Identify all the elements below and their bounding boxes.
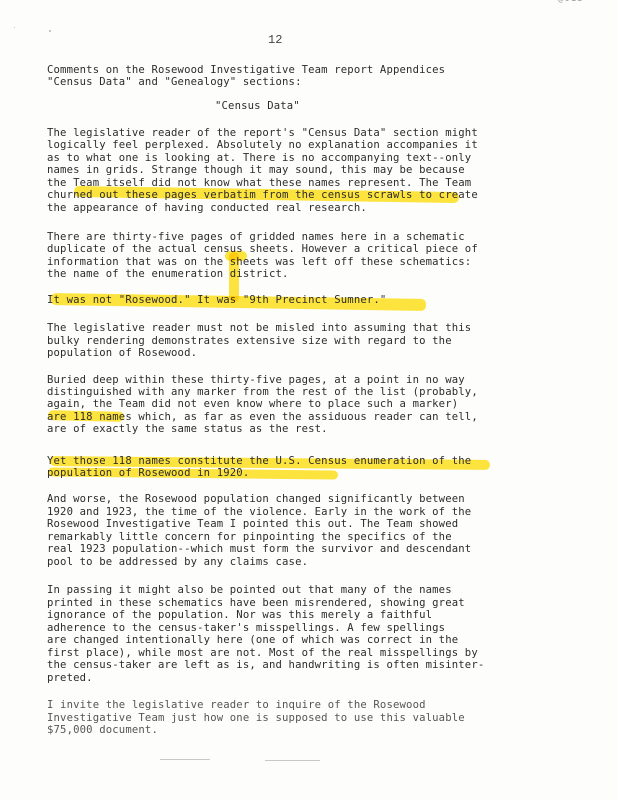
paragraph-line: again, the Team did not even know where … xyxy=(47,398,458,411)
paragraph-line: ignorance of the population. Nor was thi… xyxy=(47,609,432,622)
paragraph-line: are of exactly the same status as the re… xyxy=(47,423,328,436)
paragraph-line: logically feel perplexed. Absolutely no … xyxy=(47,139,478,152)
paragraph-line: the census-taker are left as is, and han… xyxy=(47,659,484,672)
paragraph-line: population of Rosewood. xyxy=(47,347,197,360)
paragraph-line: It was not "Rosewood." It was "9th Preci… xyxy=(47,294,386,307)
paragraph-line: population of Rosewood in 1920. xyxy=(47,467,249,480)
paragraph-line: In passing it might also be pointed out … xyxy=(47,584,452,597)
faint-scan-rule xyxy=(160,759,210,760)
paragraph-line: I invite the legislative reader to inqui… xyxy=(47,699,426,712)
paragraph-line: pool to be addressed by any claims case. xyxy=(47,556,308,569)
paragraph-line: Rosewood Investigative Team I pointed th… xyxy=(47,518,458,531)
paragraph-line: The legislative reader must not be misle… xyxy=(47,322,471,335)
section-title: "Census Data" xyxy=(215,100,300,113)
paragraph-line: And worse, the Rosewood population chang… xyxy=(47,493,465,506)
fax-header-fragment: ——— ——————— ———— xyxy=(300,0,403,4)
paragraph-line: churned out these pages verbatim from th… xyxy=(47,189,478,202)
paragraph-line: the name of the enumeration district. xyxy=(47,268,289,281)
fax-header-fragment: — xyxy=(157,0,163,4)
paragraph-line: names in grids. Strange though it may so… xyxy=(47,164,465,177)
scan-speck xyxy=(14,27,15,28)
paragraph-line: duplicate of the actual census sheets. H… xyxy=(47,243,478,256)
page-number: 12 xyxy=(268,33,282,47)
fax-header: — ——— ——— ——————— ———— @013 xyxy=(0,0,618,6)
paragraph-line: $75,000 document. xyxy=(47,724,158,737)
fax-header-fragment: @013 xyxy=(558,0,584,4)
faint-scan-rule xyxy=(265,760,320,761)
paragraph-line: preted. xyxy=(47,672,93,685)
scan-speck xyxy=(49,30,51,32)
paragraph-line: real 1923 population--which must form th… xyxy=(47,543,471,556)
intro-line: "Census Data" and "Genealogy" sections: xyxy=(47,76,302,89)
paragraph-line: the appearance of having conducted real … xyxy=(47,202,367,215)
paragraph-line: are changed intentionally here (one of w… xyxy=(47,634,458,647)
fax-header-fragment: ——— xyxy=(218,0,237,4)
